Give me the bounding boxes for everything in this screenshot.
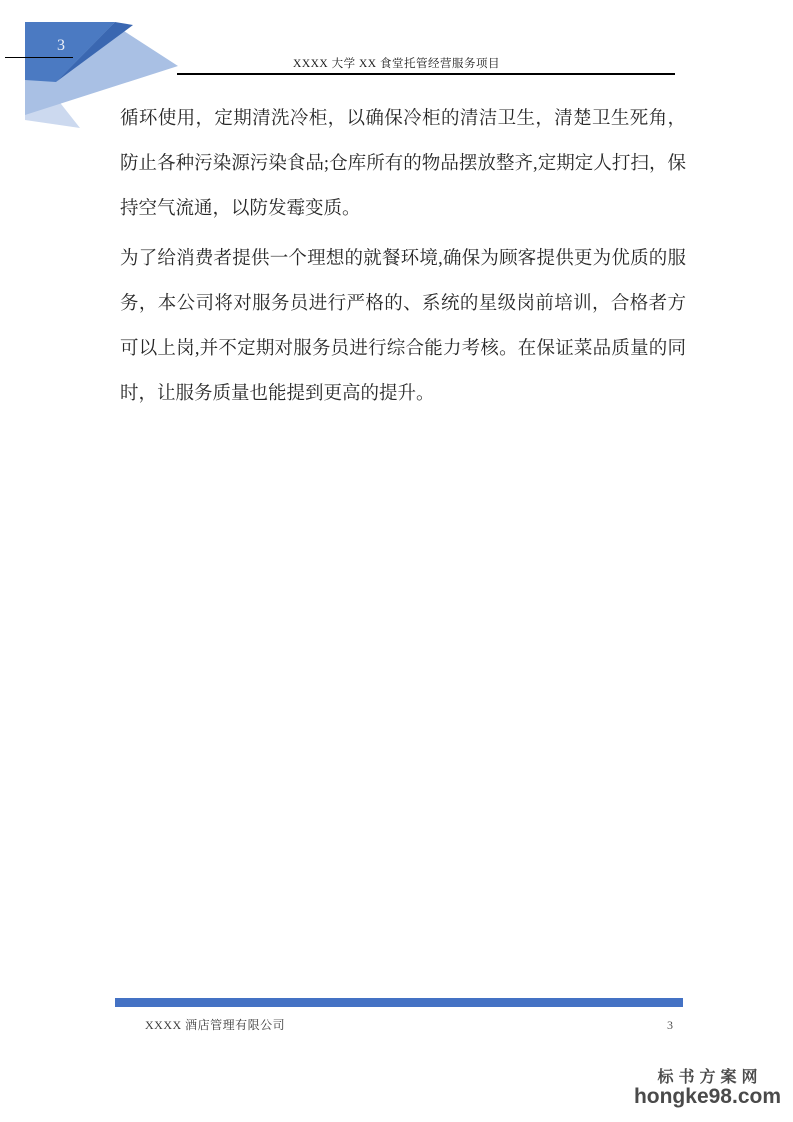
header-project-title: XXXX 大学 XX 食堂托管经营服务项目: [0, 55, 793, 71]
footer: XXXX 酒店管理有限公司 3: [115, 1016, 683, 1033]
document-page: 3 XXXX 大学 XX 食堂托管经营服务项目 循环使用，定期清洗冷柜，以确保冷…: [0, 0, 793, 1122]
watermark: 标书方案网 hongke98.com: [634, 1069, 781, 1108]
header-rule-line: [177, 73, 675, 75]
footer-company-name: XXXX 酒店管理有限公司: [145, 1016, 285, 1033]
footer-page-number: 3: [667, 1018, 673, 1033]
document-body: 循环使用，定期清洗冷柜，以确保冷柜的清洁卫生，清楚卫生死角，防止各种污染源污染食…: [120, 97, 686, 422]
body-paragraph: 为了给消费者提供一个理想的就餐环境,确保为顾客提供更为优质的服务，本公司将对服务…: [120, 237, 686, 417]
corner-page-number: 3: [57, 37, 65, 55]
footer-accent-bar: [115, 998, 683, 1007]
watermark-site-url: hongke98.com: [634, 1086, 781, 1108]
body-paragraph: 循环使用，定期清洗冷柜，以确保冷柜的清洁卫生，清楚卫生死角，防止各种污染源污染食…: [120, 97, 686, 232]
watermark-site-name: 标书方案网: [634, 1069, 781, 1086]
